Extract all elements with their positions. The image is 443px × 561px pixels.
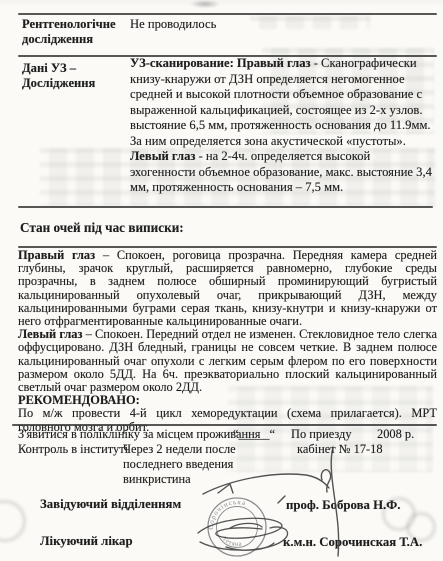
uz-right-eye-lead: УЗ-сканирование: Правый глаз xyxy=(130,56,311,70)
attending-doctor-role: Лікуючий лікар xyxy=(40,534,133,549)
discharge-document-page: Рентгенологічне дослідження Не проводило… xyxy=(0,0,443,561)
xray-exam-label: Рентгенологічне дослідження xyxy=(22,17,142,47)
scan-smudge xyxy=(190,0,220,8)
status-heading: Стан очей під час виписки: xyxy=(20,220,184,236)
left-eye-status-lead: Левый глаз xyxy=(18,327,82,341)
uz-right-eye-paragraph: УЗ-сканирование: Правый глаз - Сканограф… xyxy=(130,56,438,149)
head-of-department-role: Завідуючий відділенням xyxy=(40,497,181,512)
right-eye-status-lead: Правый глаз xyxy=(18,248,95,262)
divider-line xyxy=(18,13,437,15)
stamp-signature-overlay: Сорочінська Тетяна xyxy=(170,430,380,561)
xray-exam-value: Не проводилось xyxy=(130,17,350,32)
bleedthrough-stamp-ring xyxy=(0,500,26,542)
uz-left-eye-lead: Левый глаз xyxy=(130,149,195,163)
pen-stroke-tick xyxy=(278,496,285,503)
ultrasound-exam-label: Дані УЗ – Дослідження xyxy=(22,61,122,91)
uz-left-eye-paragraph: Левый глаз - на 2-4ч. определяется высок… xyxy=(130,149,438,196)
pen-stroke-diagonal xyxy=(203,474,329,494)
institute-control-label: Контроль в інституті xyxy=(18,442,128,457)
ultrasound-findings: УЗ-сканирование: Правый глаз - Сканограф… xyxy=(130,56,438,196)
pen-stroke-vertical xyxy=(331,447,338,556)
pen-stroke-loop xyxy=(321,470,330,492)
status-text-block: Правый глаз – Спокоен, роговица прозрачн… xyxy=(18,249,437,434)
left-eye-status-paragraph: Левый глаз – Спокоен. Передний отдел не … xyxy=(18,328,437,394)
right-eye-status-paragraph: Правый глаз – Спокоен, роговица прозрачн… xyxy=(18,249,437,328)
divider-line xyxy=(12,424,437,426)
divider-line xyxy=(18,206,433,208)
year-label: 2008 р. xyxy=(377,427,414,442)
